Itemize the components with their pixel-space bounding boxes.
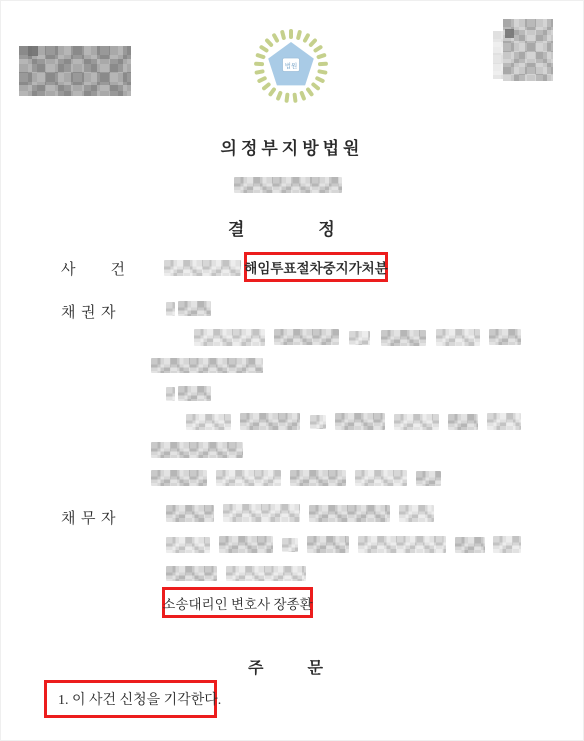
court-name-title: 의정부지방법원 (1, 134, 583, 159)
redaction-stamp-top-right (503, 19, 553, 81)
redaction-dark-cell (28, 46, 38, 56)
redacted-text-segment (448, 414, 478, 430)
court-emblem: 법원 (253, 27, 331, 105)
redacted-text-segment (355, 470, 407, 486)
redacted-text-segment (307, 536, 349, 553)
redacted-text-segment (166, 566, 217, 581)
order-heading: 주문 (248, 655, 367, 678)
redacted-text-segment (166, 505, 214, 522)
redacted-text-segment (274, 329, 339, 345)
redacted-text-segment (186, 414, 231, 430)
scanned-court-decision-page: 법원 의정부지방법원 결정 사건 해임투표절차중지가처분 채권자 채무자 (0, 0, 584, 741)
case-label: 사건 (61, 258, 160, 279)
redacted-text-segment (223, 504, 300, 522)
redacted-text-segment (493, 536, 521, 553)
counsel-highlight-box: 소송대리인 변호사 장종환 (162, 587, 313, 618)
redacted-text-segment (455, 537, 485, 553)
order-item-text: 1. 이 사건 신청을 기각한다. (58, 689, 221, 709)
redacted-text-segment (166, 302, 175, 316)
redacted-text-segment (166, 387, 175, 401)
case-type-text: 해임투표절차중지가처분 (244, 257, 387, 277)
redacted-text-segment (178, 301, 211, 316)
redaction-dark-cell (505, 29, 514, 38)
redacted-text-segment (216, 470, 281, 486)
redacted-text-segment (226, 566, 306, 581)
decision-heading: 결정 (228, 215, 409, 240)
redacted-text-segment (349, 331, 370, 345)
redacted-text-segment (416, 471, 441, 486)
redacted-text-segment (381, 330, 426, 346)
redacted-text-segment (310, 415, 326, 429)
redaction-stamp-top-right-edge (493, 31, 503, 79)
redacted-text-segment (151, 442, 243, 458)
case-number-redaction (234, 177, 342, 193)
order-item-highlight-box: 1. 이 사건 신청을 기각한다. (44, 680, 217, 718)
counsel-text: 소송대리인 변호사 장종환 (162, 593, 312, 613)
redacted-text-segment (487, 413, 521, 430)
redacted-text-segment (335, 413, 385, 430)
redacted-text-segment (151, 470, 207, 486)
redacted-text-segment (399, 505, 434, 522)
redacted-text-segment (290, 470, 346, 486)
redacted-text-segment (309, 505, 390, 522)
creditor-label: 채권자 (61, 301, 121, 322)
redacted-text-segment (436, 329, 480, 346)
debtor-label: 채무자 (61, 507, 121, 528)
redacted-text-segment (240, 413, 300, 430)
redacted-text-segment (194, 329, 265, 346)
case-number-inline-redaction (164, 260, 241, 276)
redacted-text-segment (166, 537, 210, 553)
redacted-text-segment (151, 358, 263, 373)
emblem-text: 법원 (285, 61, 298, 70)
case-type-highlight-box: 해임투표절차중지가처분 (244, 252, 388, 282)
redacted-text-segment (489, 329, 521, 345)
redacted-text-segment (282, 538, 298, 552)
redacted-text-segment (178, 386, 211, 401)
redaction-stamp-top-left (19, 46, 131, 96)
redacted-text-segment (358, 536, 446, 553)
redacted-text-segment (219, 536, 273, 553)
redacted-text-segment (394, 414, 439, 430)
